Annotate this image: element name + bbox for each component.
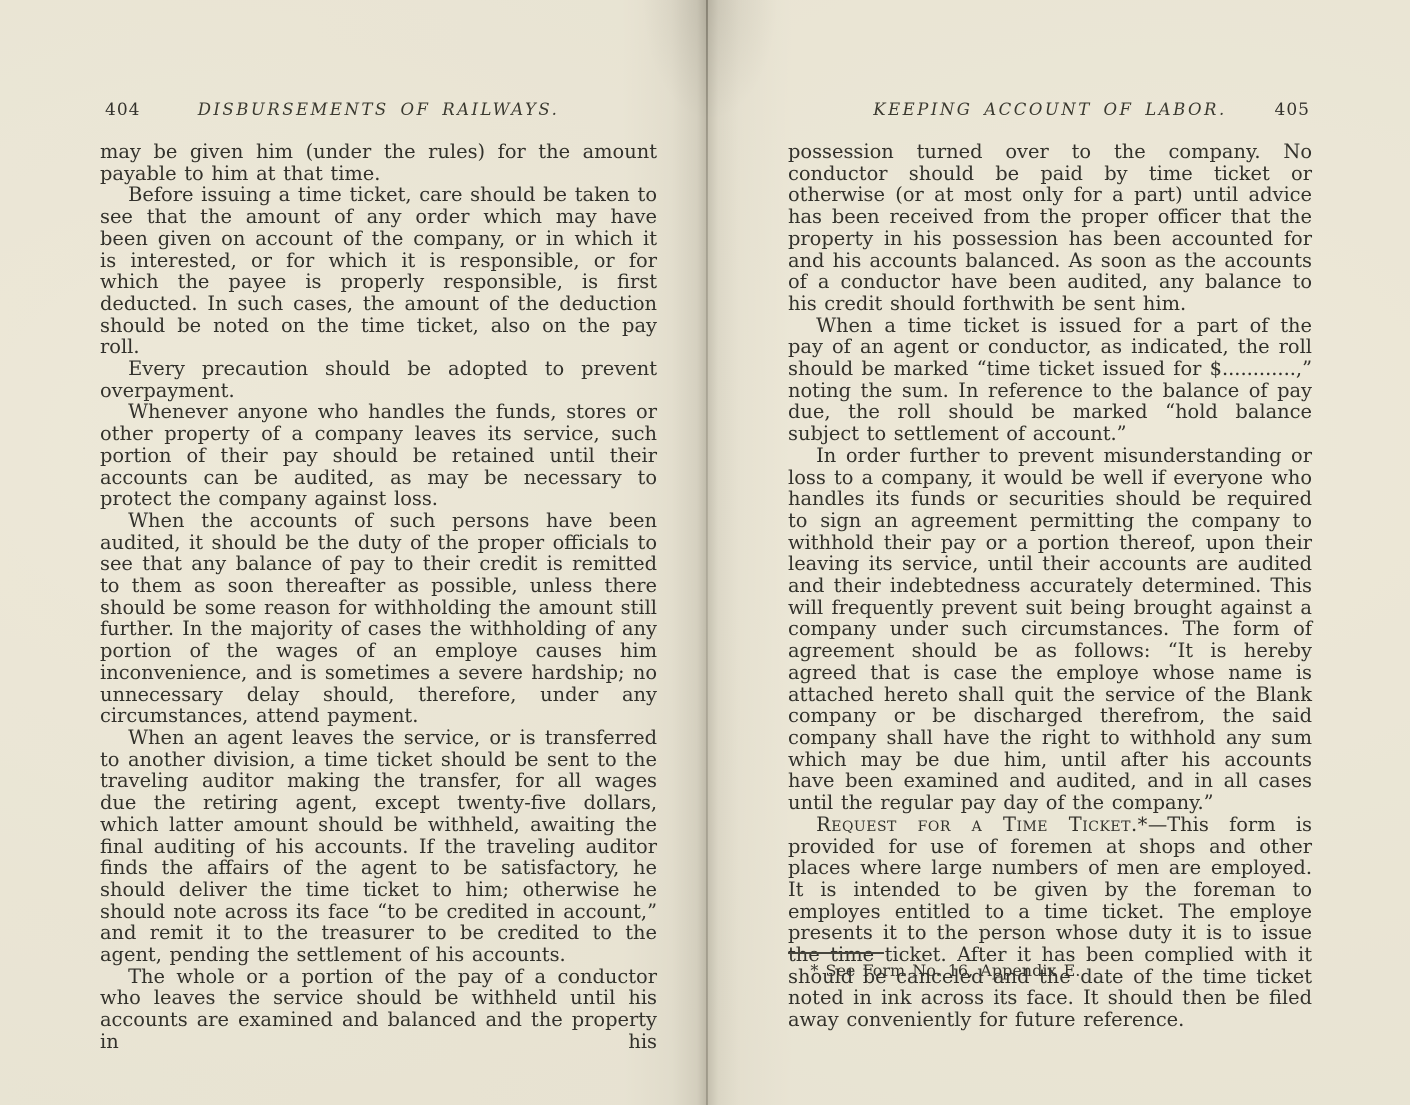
paragraph: In order further to prevent misunderstan…	[788, 445, 1312, 814]
paragraph: Before issuing a time ticket, care shoul…	[100, 184, 657, 358]
smallcaps-lead: Request for a Time Ticket.*	[816, 813, 1148, 836]
paragraph: When the accounts of such persons have b…	[100, 510, 657, 727]
page-left-header: 404 DISBURSEMENTS OF RAILWAYS.	[100, 100, 657, 124]
page-number-left: 404	[105, 100, 140, 120]
paragraph: Every precaution should be adopted to pr…	[100, 358, 657, 401]
page-left: 404 DISBURSEMENTS OF RAILWAYS. may be gi…	[0, 0, 707, 1105]
paragraph: When an agent leaves the service, or is …	[100, 727, 657, 966]
paragraph: possession turned over to the company. N…	[788, 141, 1312, 315]
paragraph: Whenever anyone who handles the funds, s…	[100, 401, 657, 510]
paragraph: may be given him (under the rules) for t…	[100, 141, 657, 184]
page-right-body: possession turned over to the company. N…	[788, 141, 1312, 1031]
page-number-right: 405	[1275, 100, 1310, 120]
footnote-rule	[788, 952, 884, 954]
page-right: KEEPING ACCOUNT OF LABOR. 405 possession…	[707, 0, 1410, 1105]
running-title-left: DISBURSEMENTS OF RAILWAYS.	[100, 100, 657, 119]
book-spine-crease	[706, 0, 708, 1105]
paragraph: When a time ticket is issued for a part …	[788, 315, 1312, 445]
page-left-body: may be given him (under the rules) for t…	[100, 141, 657, 1053]
book-scan: 404 DISBURSEMENTS OF RAILWAYS. may be gi…	[0, 0, 1410, 1105]
footnote: * See Form No. 16, Appendix E.	[788, 952, 1312, 980]
paragraph: The whole or a portion of the pay of a c…	[100, 966, 657, 1053]
running-title-right: KEEPING ACCOUNT OF LABOR.	[788, 100, 1312, 119]
paragraph: Request for a Time Ticket.*—This form is…	[788, 814, 1312, 1031]
page-right-header: KEEPING ACCOUNT OF LABOR. 405	[788, 100, 1312, 124]
footnote-text: * See Form No. 16, Appendix E.	[788, 961, 1312, 980]
